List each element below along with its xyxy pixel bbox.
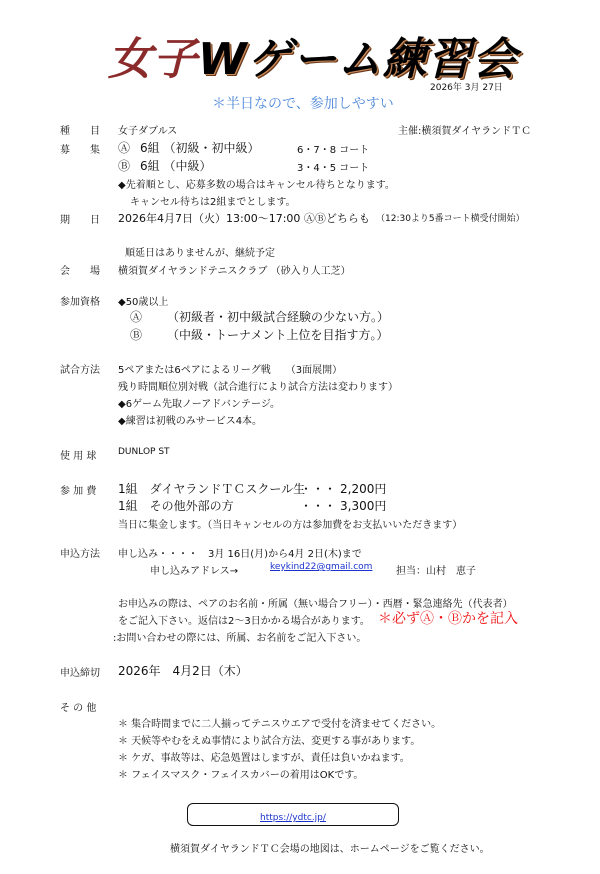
label-venue: 会 場 bbox=[60, 262, 100, 277]
other-item-2: ＊ 天候等やむをえぬ事情により試合方法、変更する事があります。 bbox=[118, 732, 420, 747]
group-b-text: 6組 （中級） bbox=[140, 157, 211, 174]
url-box: https://ydtc.jp/ bbox=[187, 803, 399, 826]
eligibility-b-mark: Ⓑ bbox=[130, 326, 142, 343]
title-black-part: Wゲーム練習会 bbox=[198, 34, 518, 85]
label-date: 期 日 bbox=[60, 211, 100, 226]
eligibility-a-text: （初級者・初中級試合経験の少ない方。） bbox=[167, 308, 389, 325]
fee-1-price: 2,200円 bbox=[340, 480, 386, 497]
eligibility-a-mark: Ⓐ bbox=[130, 308, 142, 325]
format-line-3: ◆6ゲーム先取ノーアドバンテージ。 bbox=[118, 395, 280, 410]
apply-note-3: :お問い合わせの際には、所属、お名前をご記入下さい。 bbox=[113, 629, 366, 644]
fee-2-price: 3,300円 bbox=[340, 497, 386, 514]
apply-period: 申し込み・・・・ 3月 16日(月)から4月 2日(木)まで bbox=[118, 545, 362, 560]
fee-2-desc: 1組 その他外部の方 bbox=[118, 497, 234, 514]
format-line-2: 残り時間順位別対戦（試合進行により試合方法は変わります） bbox=[118, 378, 398, 393]
organizer: 主催:横須賀ダイヤランドＴＣ bbox=[398, 122, 531, 137]
apply-address-label: 申し込みアドレス→ bbox=[150, 562, 238, 577]
venue-value: 横須賀ダイヤランドテニスクラブ （砂入り人工芝） bbox=[118, 262, 351, 277]
fee-note: 当日に集金します。（当日キャンセルの方は参加費をお支払いいただきます） bbox=[118, 516, 462, 531]
recruit-note-1: ◆先着順とし、応募多数の場合はキャンセル待ちとなります。 bbox=[118, 176, 395, 191]
group-b-courts: 3・4・5 コート bbox=[297, 159, 369, 174]
group-b-mark: Ⓑ bbox=[118, 157, 130, 174]
label-ball: 使 用 球 bbox=[60, 447, 96, 462]
date-value: 2026年4月7日（火）13:00～17:00 ⒶⒷどちらも bbox=[118, 210, 370, 226]
apply-required-note: ＊必ずⒶ・Ⓑかを記入 bbox=[378, 608, 518, 628]
group-a-mark: Ⓐ bbox=[118, 139, 130, 156]
recruit-note-2: キャンセル待ちは2組までとします。 bbox=[130, 193, 296, 208]
other-item-3: ＊ ケガ、事故等は、応急処置はしますが、責任は負いかねます。 bbox=[118, 749, 410, 764]
group-a-courts: 6・7・8 コート bbox=[297, 141, 369, 156]
apply-contact: 担当：山村 恵子 bbox=[396, 562, 476, 577]
issue-date: 2026年 3月 27日 bbox=[430, 80, 503, 93]
type-value: 女子ダブルス bbox=[118, 122, 177, 137]
label-other: そ の 他 bbox=[60, 699, 96, 714]
apply-email-link[interactable]: keykind22@gmail.com bbox=[270, 562, 372, 572]
date-reception: （12:30より5番コート横受付開始） bbox=[376, 211, 525, 224]
other-item-1: ＊ 集合時間までに二人揃ってテニスウエアで受付を済ませてください。 bbox=[118, 715, 441, 730]
label-format: 試合方法 bbox=[60, 361, 100, 376]
ball-value: DUNLOP ST bbox=[118, 447, 170, 457]
label-apply: 申込方法 bbox=[60, 545, 100, 560]
fee-2-dots: ・・・ bbox=[300, 497, 336, 514]
eligibility-b-text: （中級・トーナメント上位を目指す方。） bbox=[167, 326, 389, 343]
fee-1-dots: ・・・ bbox=[300, 480, 336, 497]
fee-1-desc: 1組 ダイヤランドＴＣスクール生 bbox=[118, 480, 305, 497]
deadline-value: 2026年 4月2日（木） bbox=[118, 662, 248, 679]
label-eligibility: 参加資格 bbox=[60, 293, 100, 308]
label-fee: 参 加 費 bbox=[60, 482, 96, 497]
other-item-4: ＊ フェイスマスク・フェイスカバーの着用はOKです。 bbox=[118, 766, 363, 781]
eligibility-age: ◆50歳以上 bbox=[118, 293, 168, 308]
format-line-4: ◆練習は初戦のみサービス4本。 bbox=[118, 412, 262, 427]
subtitle: ＊半日なので、参加しやすい bbox=[212, 93, 394, 113]
homepage-link[interactable]: https://ydtc.jp/ bbox=[260, 813, 326, 823]
map-note: 横須賀ダイヤランドＴＣ会場の地図は、ホームページをご覧ください。 bbox=[170, 840, 490, 855]
label-deadline: 申込締切 bbox=[60, 664, 100, 679]
date-note: 順延日はありませんが、継続予定 bbox=[125, 244, 275, 259]
label-recruit: 募 集 bbox=[60, 141, 100, 156]
title-red-part: 女子 bbox=[108, 34, 198, 85]
format-line-1: 5ペアまたは6ペアによるリーグ戦 （3面展開） bbox=[118, 361, 342, 376]
label-type: 種 目 bbox=[60, 122, 100, 137]
apply-note-2: をご記入下さい。返信は2～3日かかる場合があります。 bbox=[118, 612, 370, 627]
group-a-text: 6組 （初級・初中級） bbox=[140, 139, 259, 156]
